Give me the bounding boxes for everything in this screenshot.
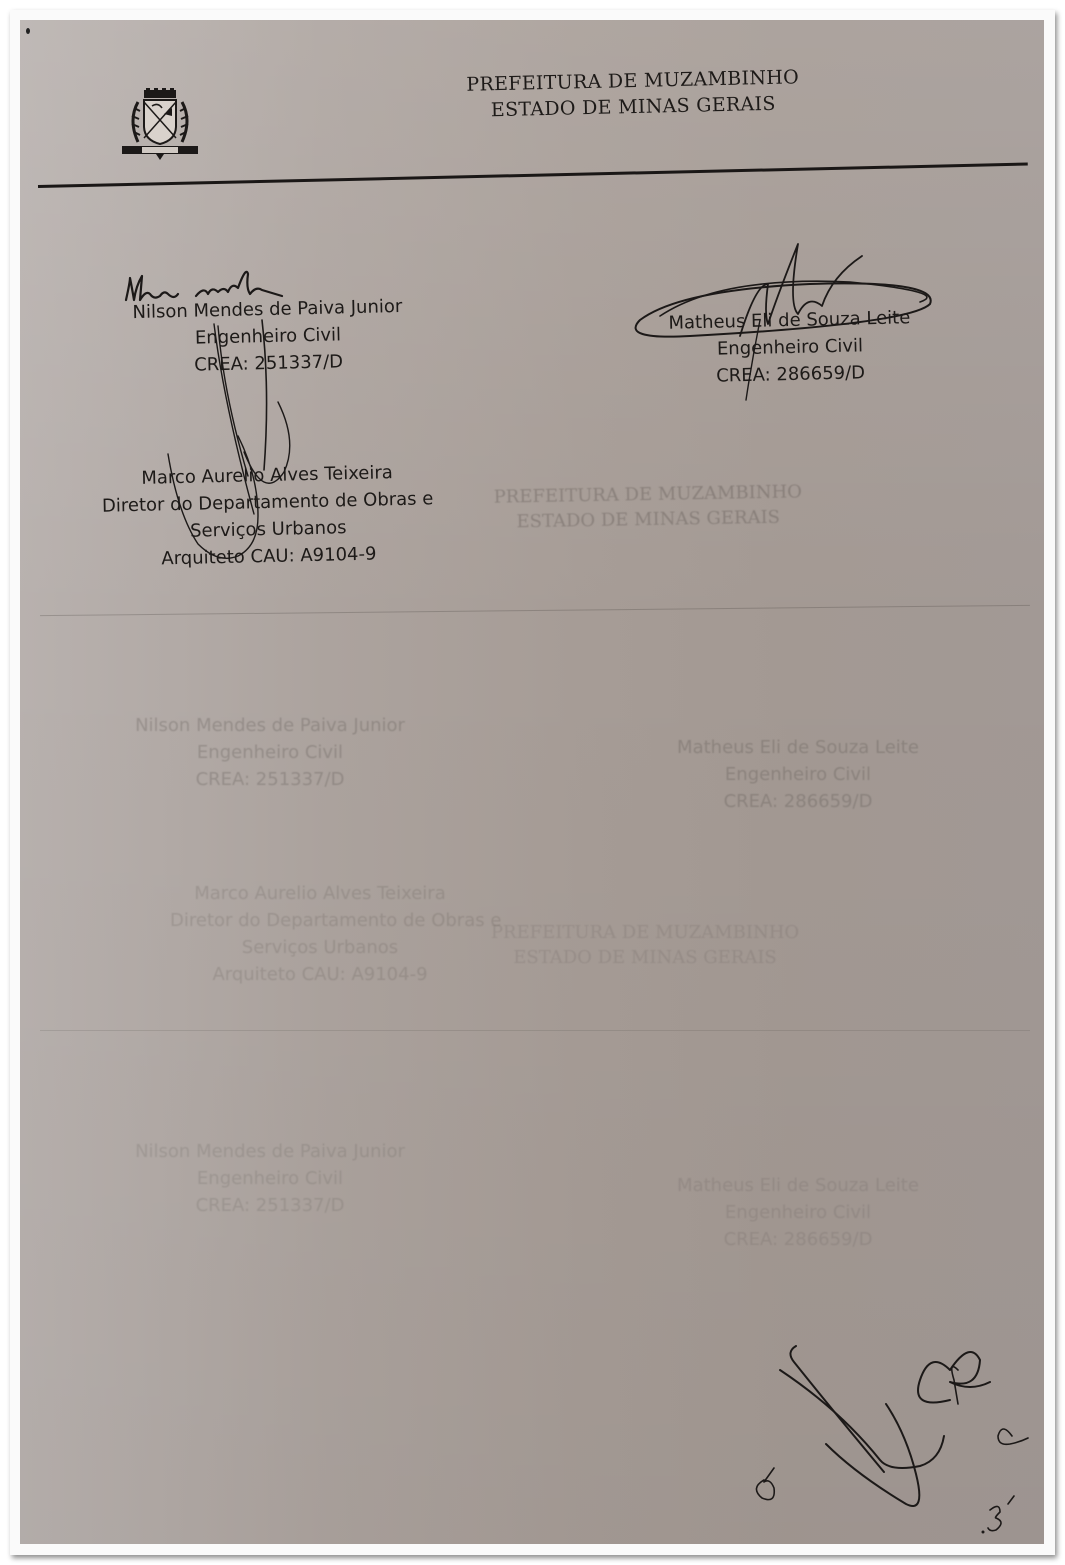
bleed-header-line-1: PREFEITURA DE MUZAMBINHO <box>450 920 840 945</box>
bleed-registration: CREA: 251337/D <box>100 1192 440 1219</box>
signature-block-nilson: Nilson Mendes de Paiva Junior Engenheiro… <box>107 292 429 380</box>
signature-block-matheus: Matheus Eli de Souza Leite Engenheiro Ci… <box>639 304 941 392</box>
bleed-title: Engenheiro Civil <box>648 761 948 788</box>
bleed-title-1: Diretor do Departamento de Obras e <box>170 907 470 934</box>
bleed-title: Engenheiro Civil <box>100 739 440 766</box>
bleed-name: Matheus Eli de Souza Leite <box>648 734 948 761</box>
bleed-name: Marco Aurelio Alves Teixeira <box>170 880 470 907</box>
bleed-name: Matheus Eli de Souza Leite <box>648 1172 948 1199</box>
bleed-title: Engenheiro Civil <box>100 1165 440 1192</box>
bleed-through-divider <box>40 605 1030 616</box>
bleed-through-nilson-2: Nilson Mendes de Paiva Junior Engenheiro… <box>100 1138 440 1219</box>
bleed-header-line-2: ESTADO DE MINAS GERAIS <box>450 945 840 970</box>
document-header: PREFEITURA DE MUZAMBINHO ESTADO DE MINAS… <box>437 64 828 125</box>
bleed-through-header-2: PREFEITURA DE MUZAMBINHO ESTADO DE MINAS… <box>450 920 840 970</box>
bleed-through-marco: Marco Aurelio Alves Teixeira Diretor do … <box>170 880 470 988</box>
bleed-registration: CREA: 286659/D <box>648 1226 948 1253</box>
ink-dot <box>26 28 30 34</box>
bleed-through-header: PREFEITURA DE MUZAMBINHO ESTADO DE MINAS… <box>448 479 849 536</box>
header-divider <box>38 163 1028 188</box>
document-page: PREFEITURA DE MUZAMBINHO ESTADO DE MINAS… <box>20 20 1044 1544</box>
signer-registration: CREA: 286659/D <box>640 358 941 392</box>
municipal-coat-of-arms-icon <box>116 88 204 160</box>
bleed-title-2: Serviços Urbanos <box>170 934 470 961</box>
bleed-title: Engenheiro Civil <box>648 1199 948 1226</box>
bleed-registration: Arquiteto CAU: A9104-9 <box>170 961 470 988</box>
page-number-handwritten <box>982 1496 1015 1534</box>
bleed-through-matheus: Matheus Eli de Souza Leite Engenheiro Ci… <box>648 734 948 815</box>
bleed-name: Nilson Mendes de Paiva Junior <box>100 712 440 739</box>
bleed-through-matheus-2: Matheus Eli de Souza Leite Engenheiro Ci… <box>648 1172 948 1253</box>
bleed-name: Nilson Mendes de Paiva Junior <box>100 1138 440 1165</box>
signature-block-marco: Marco Aurelio Alves Teixeira Diretor do … <box>67 457 469 574</box>
bleed-through-nilson: Nilson Mendes de Paiva Junior Engenheiro… <box>100 712 440 793</box>
bleed-registration: CREA: 286659/D <box>648 788 948 815</box>
bleed-registration: CREA: 251337/D <box>100 766 440 793</box>
bleed-through-divider-2 <box>40 1030 1030 1031</box>
initials-handwritten <box>756 1346 1028 1506</box>
